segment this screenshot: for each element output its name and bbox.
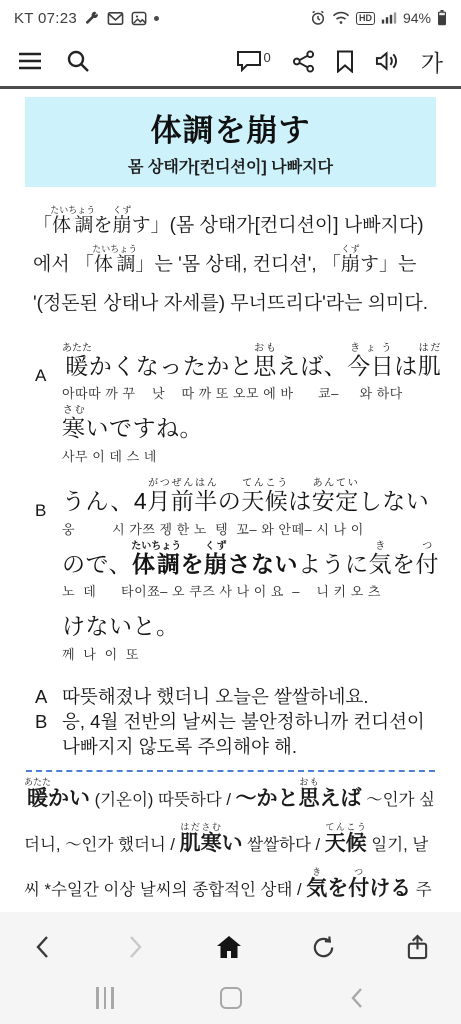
speaker-label-b: B xyxy=(35,710,62,760)
translation-section: A 따뜻해졌나 했더니 오늘은 쌀쌀하네요. B 응, 4월 전반의 날씨는 불… xyxy=(24,685,437,760)
comment-count-label: 0 xyxy=(264,50,271,65)
dialogue-line-b-cont1: ので、体調たいちょうを崩くずさないように気きを付つ 노 데 타이쬬– 오 쿠즈 … xyxy=(62,538,437,601)
translation-text-a: 따뜻해졌나 했더니 오늘은 쌀쌀하네요. xyxy=(62,685,437,710)
dialogue-line-a: A 暖あたたかくなったかと思おもえば、今日きょうは肌はだ 아따따 까 꾸 낫 따… xyxy=(24,340,437,403)
menu-icon[interactable] xyxy=(18,51,42,71)
pronunciation-line: 사무 이 데 스 네 xyxy=(62,446,437,465)
android-back-icon[interactable] xyxy=(349,986,365,1010)
japanese-line: うん、4月前半がつぜんはんの天候てんこうは安定あんていしない xyxy=(62,475,437,516)
browser-toolbar: 0 가 xyxy=(0,36,461,86)
vocabulary-section: 暖あたたかい (기온이) 따뜻하다 / ～かと思おもえば ～인가 싶더니, ～인… xyxy=(24,776,437,912)
japanese-line: けないと。 xyxy=(62,600,437,641)
japanese-line: ので、体調たいちょうを崩くずさないように気きを付つ xyxy=(62,538,437,579)
share-icon[interactable] xyxy=(292,50,315,73)
speaker-label-b: B xyxy=(35,475,62,538)
translation-text-b: 응, 4월 전반의 날씨는 불안정하니까 컨디션이 나빠지지 않도록 주의해야 … xyxy=(62,710,437,760)
pronunciation-line: 께 나 이 또 xyxy=(62,644,437,663)
intro-paragraph: 「体調たいちょうを崩くずす」(몸 상태가[컨디션이] 나빠지다)에서 「体調たい… xyxy=(33,205,437,324)
status-bar: KT 07:23 HD 94% xyxy=(0,0,461,36)
speaker-label-a: A xyxy=(35,340,62,403)
forward-icon[interactable] xyxy=(124,934,146,960)
phone-screen: KT 07:23 HD 94% 0 가 xyxy=(0,0,461,1024)
dialogue-section: A 暖あたたかくなったかと思おもえば、今日きょうは肌はだ 아따따 까 꾸 낫 따… xyxy=(24,340,437,663)
carrier-time-label: KT 07:23 xyxy=(14,10,77,27)
android-nav-bar xyxy=(0,982,461,1024)
battery-icon xyxy=(437,10,447,26)
gallery-icon xyxy=(131,11,147,26)
dashed-divider xyxy=(26,770,435,772)
speaker-icon[interactable] xyxy=(375,50,400,72)
font-size-button[interactable]: 가 xyxy=(421,45,443,78)
translation-line-b: B 응, 4월 전반의 날씨는 불안정하니까 컨디션이 나빠지지 않도록 주의해… xyxy=(24,710,437,760)
search-icon[interactable] xyxy=(66,49,90,73)
speaker-label-a: A xyxy=(35,685,62,710)
translation-line-a: A 따뜻해졌나 했더니 오늘은 쌀쌀하네요. xyxy=(24,685,437,710)
share-page-icon[interactable] xyxy=(406,934,429,961)
notification-dot-icon xyxy=(154,16,159,21)
title-card: 体調を崩す 몸 상태가[컨디션이] 나빠지다 xyxy=(25,97,436,187)
wifi-icon xyxy=(332,11,350,25)
comments-button[interactable]: 0 xyxy=(236,50,271,72)
android-home-icon[interactable] xyxy=(220,987,242,1009)
signal-bars-icon xyxy=(381,11,397,25)
wrench-icon xyxy=(84,10,100,26)
dialogue-line-b-cont2: けないと。 께 나 이 또 xyxy=(62,600,437,663)
page-content: 体調を崩す 몸 상태가[컨디션이] 나빠지다 「体調たいちょうを崩くずす」(몸 … xyxy=(0,86,461,912)
browser-nav-bar xyxy=(0,912,461,982)
pronunciation-line: 노 데 타이쬬– 오 쿠즈 사 나 이 요 – 니 키 오 츠 xyxy=(62,581,437,600)
bottom-bars xyxy=(0,912,461,1024)
battery-percent-label: 94% xyxy=(403,10,431,26)
lesson-title-japanese: 体調を崩す xyxy=(29,105,432,150)
mail-icon xyxy=(107,11,124,26)
back-icon[interactable] xyxy=(32,934,54,960)
dialogue-line-a-cont: 寒さむいですね。 사무 이 데 스 네 xyxy=(62,402,437,465)
japanese-line: 暖あたたかくなったかと思おもえば、今日きょうは肌はだ xyxy=(62,340,441,381)
home-icon[interactable] xyxy=(216,935,242,959)
pronunciation-line: 아따따 까 꾸 낫 따 까 또 오모 에 바 쿄– 와 하다 xyxy=(62,383,441,402)
hd-badge: HD xyxy=(356,12,375,25)
recents-icon[interactable] xyxy=(96,987,114,1009)
alarm-icon xyxy=(310,10,326,26)
japanese-line: 寒さむいですね。 xyxy=(62,402,437,443)
lesson-title-korean: 몸 상태가[컨디션이] 나빠지다 xyxy=(29,154,432,177)
pronunciation-line: 웅 시 가쯔 젱 한 노 텡 꼬– 와 안떼– 시 나 이 xyxy=(62,519,437,538)
dialogue-line-b: B うん、4月前半がつぜんはんの天候てんこうは安定あんていしない 웅 시 가쯔 … xyxy=(24,475,437,538)
refresh-icon[interactable] xyxy=(311,935,336,960)
bookmark-icon[interactable] xyxy=(336,50,354,73)
